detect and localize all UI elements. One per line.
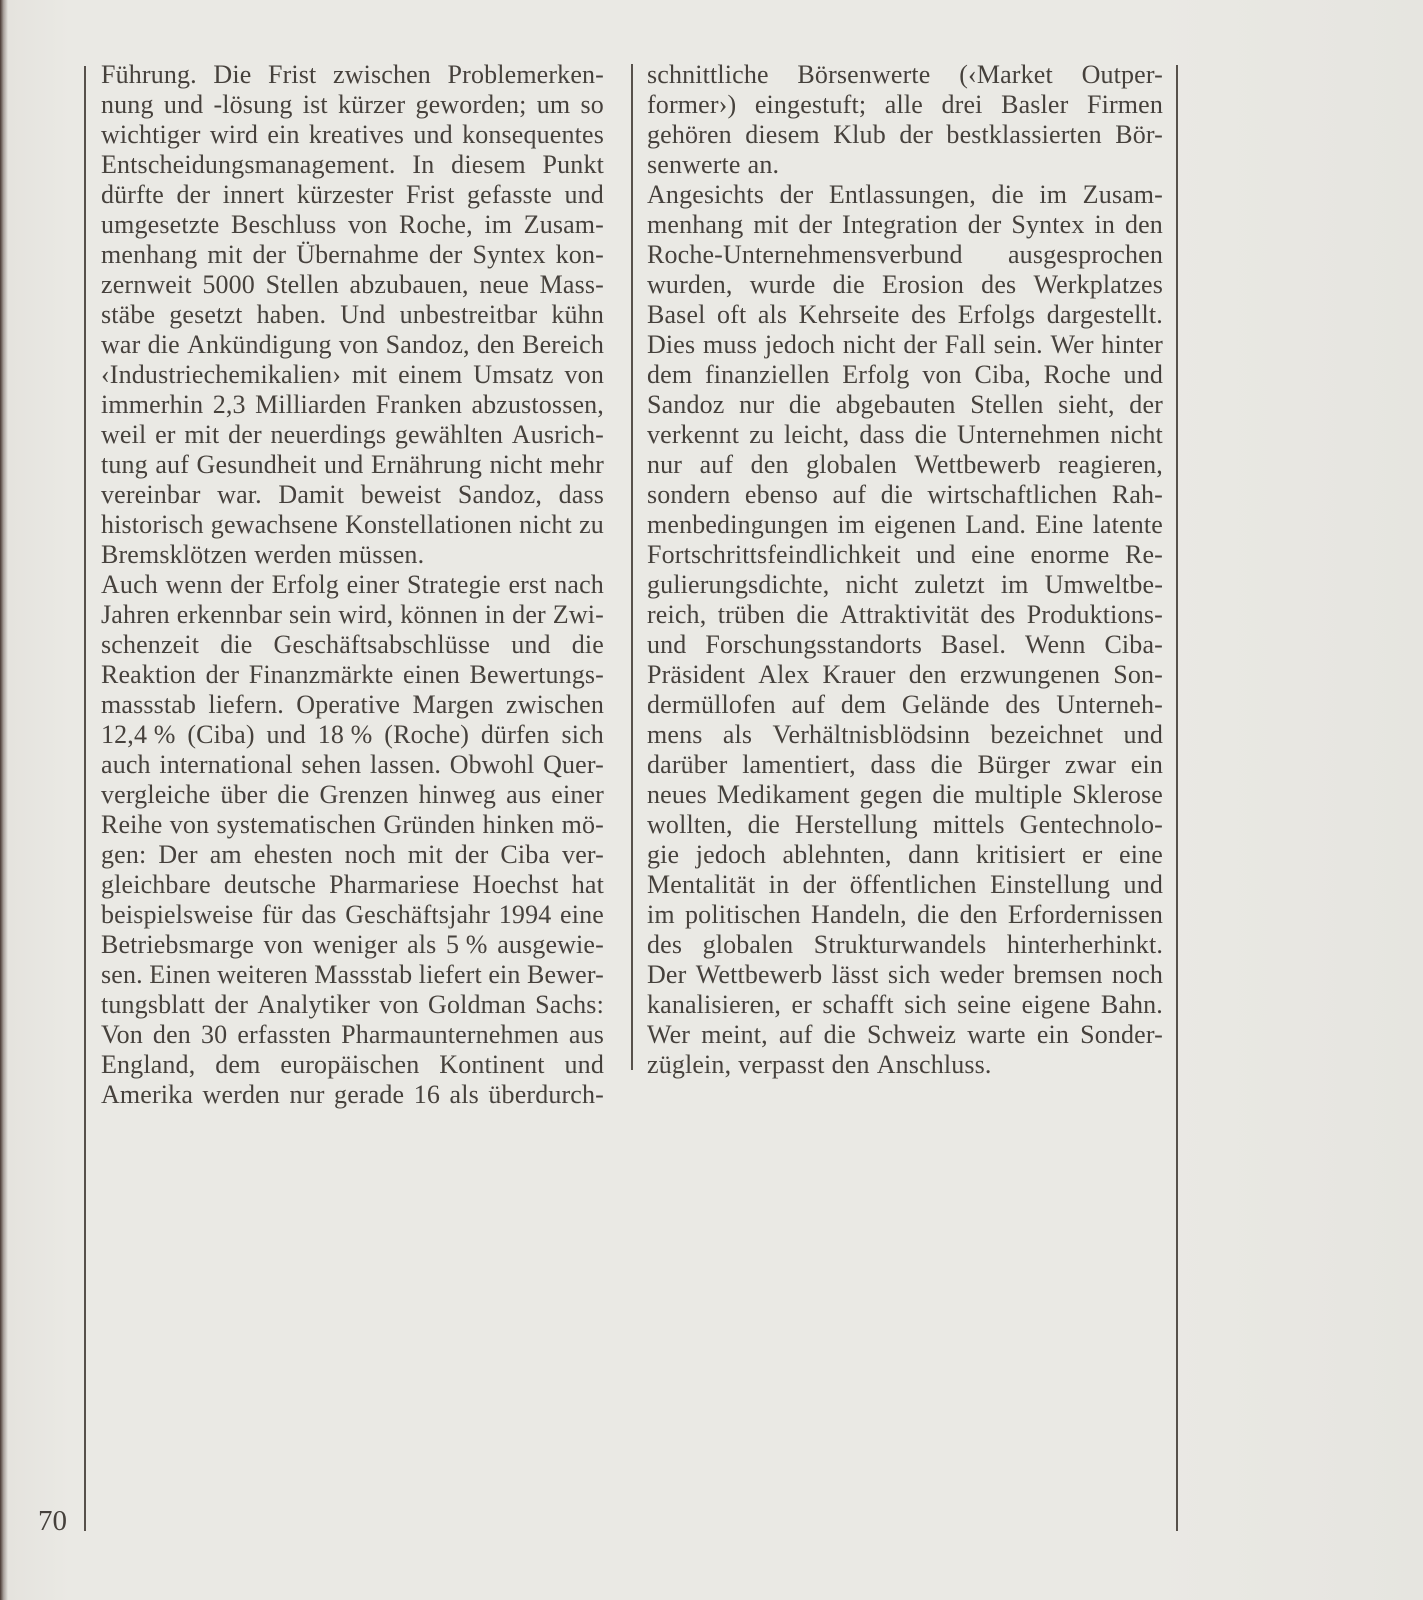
text-line: demfinanziellenErfolgvonCiba,Rocheund (647, 360, 1163, 390)
word: Pharmaunternehmen (341, 1020, 559, 1050)
word: Margen (412, 690, 493, 720)
word: den (477, 330, 515, 360)
text-line: Entscheidungsmanagement.IndiesemPunkt (101, 150, 604, 180)
word: 1994 (499, 900, 552, 930)
text-line: massstabliefern.OperativeMargenzwischen (101, 690, 604, 720)
word: sieht, (1058, 390, 1115, 420)
word: mit (184, 420, 219, 450)
word: die (572, 630, 604, 660)
word: erkennbar (177, 600, 282, 630)
word: wenn (166, 570, 223, 600)
word: weiteren (217, 960, 308, 990)
word: er (791, 990, 812, 1020)
word: ehesten (254, 840, 333, 870)
word: drei (942, 90, 983, 120)
text-column-right: schnittlicheBörsenwerte(‹MarketOutper-fo… (647, 60, 1163, 1080)
word: in (1094, 210, 1115, 240)
text-line: giejedochablehnten,dannkritisiertereine (647, 840, 1163, 870)
word: noch (345, 840, 396, 870)
word: weil (101, 420, 146, 450)
word: umgesetzte (101, 210, 219, 240)
word: Pharmariese (329, 870, 459, 900)
word: In (412, 150, 434, 180)
word: Massstab (314, 960, 412, 990)
word: menhang (101, 240, 197, 270)
word: mit (408, 840, 443, 870)
word: diesem (451, 150, 526, 180)
word: neuerdings (271, 420, 387, 450)
word: lässt (832, 960, 879, 990)
text-line: Bremsklötzenwerdenmüssen. (101, 540, 604, 570)
word: Frist (406, 180, 454, 210)
text-line: wurden,wurdedieErosiondesWerkplatzes (647, 270, 1163, 300)
word: der (803, 870, 837, 900)
text-line: schnittlicheBörsenwerte(‹MarketOutper- (647, 60, 1163, 90)
word: Alex (758, 660, 809, 690)
text-line: MentalitätinderöffentlichenEinstellungun… (647, 870, 1163, 900)
word: Quer- (543, 750, 604, 780)
word: Re- (1125, 540, 1163, 570)
word: Problemerken- (448, 60, 604, 90)
word: der (903, 330, 937, 360)
word: europäischen (280, 1050, 419, 1080)
text-line: dürftederinnertkürzesterFristgefassteund (101, 180, 604, 210)
word: Erfordernissen (1008, 900, 1163, 930)
word: mö- (562, 810, 604, 840)
word: meint, (701, 1020, 768, 1050)
word: verpasst (738, 1050, 824, 1080)
word: innert (223, 180, 285, 210)
word: zu (749, 420, 774, 450)
word: menhang (647, 210, 743, 240)
word: dürfte (101, 180, 164, 210)
word: Dies (647, 330, 695, 360)
word: sich (904, 990, 946, 1020)
word: noch (1112, 960, 1163, 990)
word: abgebauten (836, 390, 956, 420)
word: verkennt (647, 420, 739, 450)
text-line: BaseloftalsKehrseitedesErfolgsdargestell… (647, 300, 1163, 330)
word: liefern. (208, 690, 284, 720)
word: Gentechnolo- (1020, 810, 1163, 840)
word: kritisiert (976, 840, 1066, 870)
text-line: Betriebsmargevonwenigerals5 %ausgewie- (101, 930, 604, 960)
word: Ciba, (975, 360, 1031, 390)
word: und (266, 720, 305, 750)
text-line: nuraufdenglobalenWettbewerbreagieren, (647, 450, 1163, 480)
word: enorme (1031, 540, 1110, 570)
word: Bahn. (1101, 990, 1163, 1020)
text-line: undForschungsstandortsBasel.WennCiba- (647, 630, 1163, 660)
word: und (324, 450, 363, 480)
word: Gelände (902, 690, 990, 720)
word: historisch (101, 510, 204, 540)
word: jedoch (765, 330, 835, 360)
word: des (911, 300, 946, 330)
word: eigene (1022, 990, 1091, 1020)
word: dem (841, 690, 886, 720)
word: des (1005, 690, 1040, 720)
word: Sonder- (1080, 1020, 1163, 1050)
text-line: schenzeitdieGeschäftsabschlüsseunddie (101, 630, 604, 660)
word: Son- (1113, 660, 1163, 690)
word: kürzester (297, 180, 394, 210)
text-line: tungsblattderAnalytikervonGoldmanSachs: (101, 990, 604, 1020)
word: an. (748, 150, 780, 180)
text-line: mensalsVerhältnisblödsinnbezeichnetund (647, 720, 1163, 750)
word: -lösung (213, 90, 292, 120)
word: im (837, 510, 865, 540)
word: darüber (647, 750, 727, 780)
word: muss (703, 330, 757, 360)
text-line: verkenntzuleicht,dassdieUnternehmennicht (647, 420, 1163, 450)
word: eine (560, 900, 604, 930)
word: latente (1093, 510, 1163, 540)
word: Einen (149, 960, 210, 990)
word: Gesundheit (197, 450, 317, 480)
text-line: Jahrenerkennbarseinwird,könneninderZwi- (101, 600, 604, 630)
word: sondern (647, 480, 730, 510)
word: überdurch- (488, 1080, 604, 1110)
word: Geschäftsabschlüsse (274, 630, 491, 660)
word: dann (908, 840, 959, 870)
word: auf (833, 480, 867, 510)
word: kanalisieren, (647, 990, 781, 1020)
word: und (916, 540, 955, 570)
word: Medikament (717, 780, 850, 810)
word: ein (1131, 750, 1163, 780)
word: den (960, 900, 998, 930)
word: sein. (994, 330, 1043, 360)
text-line: ReaktionderFinanzmärkteeinenBewertungs- (101, 660, 604, 690)
word: Rah- (1112, 480, 1163, 510)
word: Analytiker (257, 990, 370, 1020)
word: Milliarden (255, 390, 366, 420)
word: zuletzt (914, 570, 984, 600)
word: Basel. (941, 630, 1006, 660)
word: kreatives (309, 120, 404, 150)
word: dermüllofen (647, 690, 776, 720)
word: dargestellt. (1047, 300, 1163, 330)
word: den (909, 660, 947, 690)
word: gehören (647, 120, 732, 150)
text-line: Wermeint,aufdieSchweizwarteeinSonder- (647, 1020, 1163, 1050)
text-line: tungaufGesundheitundErnährungnichtmehr (101, 450, 604, 480)
word: gefasste (467, 180, 552, 210)
word: Sandoz (647, 390, 724, 420)
word: wirtschaftlichen (927, 480, 1097, 510)
word: den (832, 1050, 870, 1080)
word: Zusam- (524, 210, 604, 240)
word: former›) (647, 90, 736, 120)
word: eine (1119, 840, 1163, 870)
text-line: menhangmitderÜbernahmederSyntexkon- (101, 240, 604, 270)
word: Finanzmärkte (249, 660, 394, 690)
word: finanziellen (705, 360, 830, 390)
word: schafft (822, 990, 893, 1020)
word: Wenn (1025, 630, 1086, 660)
column-divider-rule (631, 64, 633, 1070)
word: bremsen (1013, 960, 1102, 990)
text-line: reich,trübendieAttraktivitätdesProduktio… (647, 600, 1163, 630)
word: eigenen (874, 510, 956, 540)
word: den (1125, 210, 1163, 240)
word: (Roche) (384, 720, 469, 750)
word: Roche (1044, 360, 1111, 390)
text-line: dermüllofenaufdemGeländedesUnterneh- (647, 690, 1163, 720)
word: mit (207, 240, 242, 270)
word: zwischen (333, 60, 431, 90)
word: nur (739, 390, 774, 420)
word: die (748, 810, 780, 840)
word: auf (779, 1020, 813, 1050)
word: mittels (933, 810, 1005, 840)
word: lamentiert, (742, 750, 856, 780)
word: die (277, 780, 309, 810)
word: Bürger (978, 750, 1051, 780)
word: alle (885, 90, 923, 120)
word: Sachs: (535, 990, 604, 1020)
scanned-page: Führung.DieFristzwischenProblemerken-nun… (0, 0, 1423, 1600)
word: dem (647, 360, 692, 390)
word: Die (213, 60, 251, 90)
word: auch (101, 750, 151, 780)
word: erst (508, 570, 546, 600)
word: auf (155, 450, 189, 480)
word: der (206, 660, 240, 690)
text-line: 12,4 %(Ciba)und18 %(Roche)dürfensich (101, 720, 604, 750)
word: war (101, 330, 140, 360)
word: trüben (718, 600, 785, 630)
word: Verhältnisblödsinn (773, 720, 971, 750)
word: der (253, 240, 287, 270)
word: dass (870, 750, 915, 780)
word: hinter (1101, 330, 1163, 360)
text-line: beispielsweisefürdasGeschäftsjahr1994ein… (101, 900, 604, 930)
word: erzwungenen (960, 660, 1100, 690)
word: Sandoz, (458, 480, 542, 510)
word: und (1124, 870, 1163, 900)
word: Zwi- (553, 600, 604, 630)
word: der (214, 990, 248, 1020)
word: reich, (647, 600, 706, 630)
text-line: impolitischenHandeln,diedenErfordernisse… (647, 900, 1163, 930)
text-line: Führung.DieFristzwischenProblemerken- (101, 60, 604, 90)
word: wollten, (647, 810, 733, 840)
word: Einstellung (990, 870, 1110, 900)
word: nicht (845, 570, 898, 600)
word: lassen. (370, 750, 441, 780)
text-line: DerWettbewerblässtsichwederbremsennoch (647, 960, 1163, 990)
text-line: vergleicheüberdieGrenzenhinwegauseiner (101, 780, 604, 810)
word: der (780, 180, 814, 210)
word: wird, (338, 600, 393, 630)
word: 5000 (202, 270, 255, 300)
word: immerhin (101, 390, 203, 420)
word: zu (579, 510, 604, 540)
word: Ciba- (1104, 630, 1163, 660)
word: als (407, 930, 436, 960)
word: Produktions- (1027, 600, 1163, 630)
word: dürfen (481, 720, 550, 750)
page-number: 70 (38, 1506, 67, 1536)
word: Werkplatzes (1033, 270, 1163, 300)
word: der (177, 180, 211, 210)
word: das (301, 900, 336, 930)
word: 16 (414, 1080, 440, 1110)
word: Roche, (399, 210, 473, 240)
word: als (723, 720, 752, 750)
word: über (220, 780, 267, 810)
text-line: wichtigerwirdeinkreativesundkonsequentes (101, 120, 604, 150)
word: der (798, 210, 832, 240)
word: reagieren, (1058, 450, 1163, 480)
word: auf (791, 690, 825, 720)
word: die (881, 480, 913, 510)
word: Integration (842, 210, 958, 240)
word: Wer (647, 1020, 690, 1050)
word: deutsche (224, 870, 316, 900)
text-line: ‹Industriechemikalien›miteinemUmsatzvon (101, 360, 604, 390)
word: Land. (965, 510, 1026, 540)
word: Mass- (540, 270, 604, 300)
word: Unterneh- (1056, 690, 1163, 720)
word: sein (289, 600, 331, 630)
word: zwar (1065, 750, 1116, 780)
word: Strukturwandels (814, 930, 987, 960)
word: oft (717, 300, 746, 330)
text-line: senwertean. (647, 150, 1163, 180)
word: hinweg (419, 780, 496, 810)
word: einer (347, 570, 400, 600)
text-column-left: Führung.DieFristzwischenProblemerken-nun… (101, 60, 604, 1110)
word: politischen (685, 900, 801, 930)
word: wichtiger (101, 120, 201, 150)
text-line: züglein,verpasstdenAnschluss. (647, 1050, 1163, 1080)
word: Der (158, 840, 197, 870)
word: Punkt (543, 150, 604, 180)
word: die (917, 900, 949, 930)
word: als (450, 1080, 479, 1110)
word: wurden, (647, 270, 733, 300)
word: abzustossen, (471, 390, 604, 420)
word: zernweit (101, 270, 192, 300)
word: Mentalität (647, 870, 755, 900)
word: Basel (647, 300, 706, 330)
word: die (824, 1020, 856, 1050)
word: und (164, 90, 203, 120)
word: ‹Industriechemikalien› (101, 360, 341, 390)
word: öffentlichen (850, 870, 977, 900)
word: nur (647, 450, 682, 480)
word: Fall (945, 330, 986, 360)
text-line: desglobalenStrukturwandelshinterherhinkt… (647, 930, 1163, 960)
text-line: sondernebensoaufdiewirtschaftlichenRah- (647, 480, 1163, 510)
word: Krauer (823, 660, 896, 690)
word: erfassten (237, 1020, 331, 1050)
word: Damit (278, 480, 344, 510)
word: müssen. (339, 540, 425, 570)
word: beispielsweise (101, 900, 253, 930)
word: Ankündigung (187, 330, 332, 360)
word: Bremsklötzen (101, 540, 247, 570)
word: nicht (1110, 420, 1163, 450)
word: zwischen (506, 690, 604, 720)
word: im (1001, 570, 1029, 600)
word: gie (647, 840, 679, 870)
word: Klub (833, 120, 886, 150)
word: von (264, 930, 303, 960)
word: für (262, 900, 293, 930)
word: Bewertungs- (469, 660, 604, 690)
word: Obwohl (450, 750, 535, 780)
word: sich (888, 960, 930, 990)
word: einer (551, 780, 604, 810)
word: sich (561, 720, 603, 750)
word: und (647, 630, 686, 660)
text-line: former›)eingestuft;alledreiBaslerFirmen (647, 90, 1163, 120)
word: mehr (550, 450, 604, 480)
word: der (1129, 390, 1163, 420)
word: Zusam- (1083, 180, 1163, 210)
word: der (230, 570, 264, 600)
word: hinterherhinkt. (1007, 930, 1163, 960)
word: massstab (101, 690, 196, 720)
word: aus (506, 780, 541, 810)
word: eine (971, 540, 1015, 570)
word: Bereich (522, 330, 604, 360)
word: der (429, 240, 463, 270)
word: Präsident (647, 660, 745, 690)
word: Auch (101, 570, 158, 600)
word: Erfolg (842, 360, 909, 390)
text-line: PräsidentAlexKrauerdenerzwungenenSon- (647, 660, 1163, 690)
word: hinken (483, 810, 555, 840)
word: Umweltbe- (1045, 570, 1163, 600)
word: werden (254, 540, 331, 570)
word: können (400, 600, 477, 630)
word: Entlassungen, (829, 180, 976, 210)
word: der (228, 420, 262, 450)
word: Wettbewerb (914, 450, 1040, 480)
word: wurde (750, 270, 816, 300)
word: Amerika (101, 1080, 193, 1110)
text-line: zernweit5000Stellenabzubauen,neueMass- (101, 270, 604, 300)
word: ausgewie- (497, 930, 604, 960)
word: Wer (1051, 330, 1094, 360)
word: Übernahme (296, 240, 419, 270)
word: weniger (313, 930, 398, 960)
word: von (170, 810, 209, 840)
word: hat (572, 870, 604, 900)
word: Jahren (101, 600, 170, 630)
word: in (485, 600, 506, 630)
text-line: nungund-lösungistkürzergeworden;umso (101, 90, 604, 120)
word: ein (267, 120, 299, 150)
word: den (153, 1020, 191, 1050)
word: systematischen (216, 810, 376, 840)
word: vereinbar (101, 480, 201, 510)
word: gleichbare (101, 870, 211, 900)
word: tung (101, 450, 148, 480)
word: (Ciba) (187, 720, 254, 750)
word: Anschluss. (877, 1050, 992, 1080)
word: Bewer- (527, 960, 604, 990)
word: Basler (1001, 90, 1068, 120)
word: Und (340, 300, 385, 330)
word: Attraktivität (840, 600, 969, 630)
word: im (1039, 180, 1067, 210)
